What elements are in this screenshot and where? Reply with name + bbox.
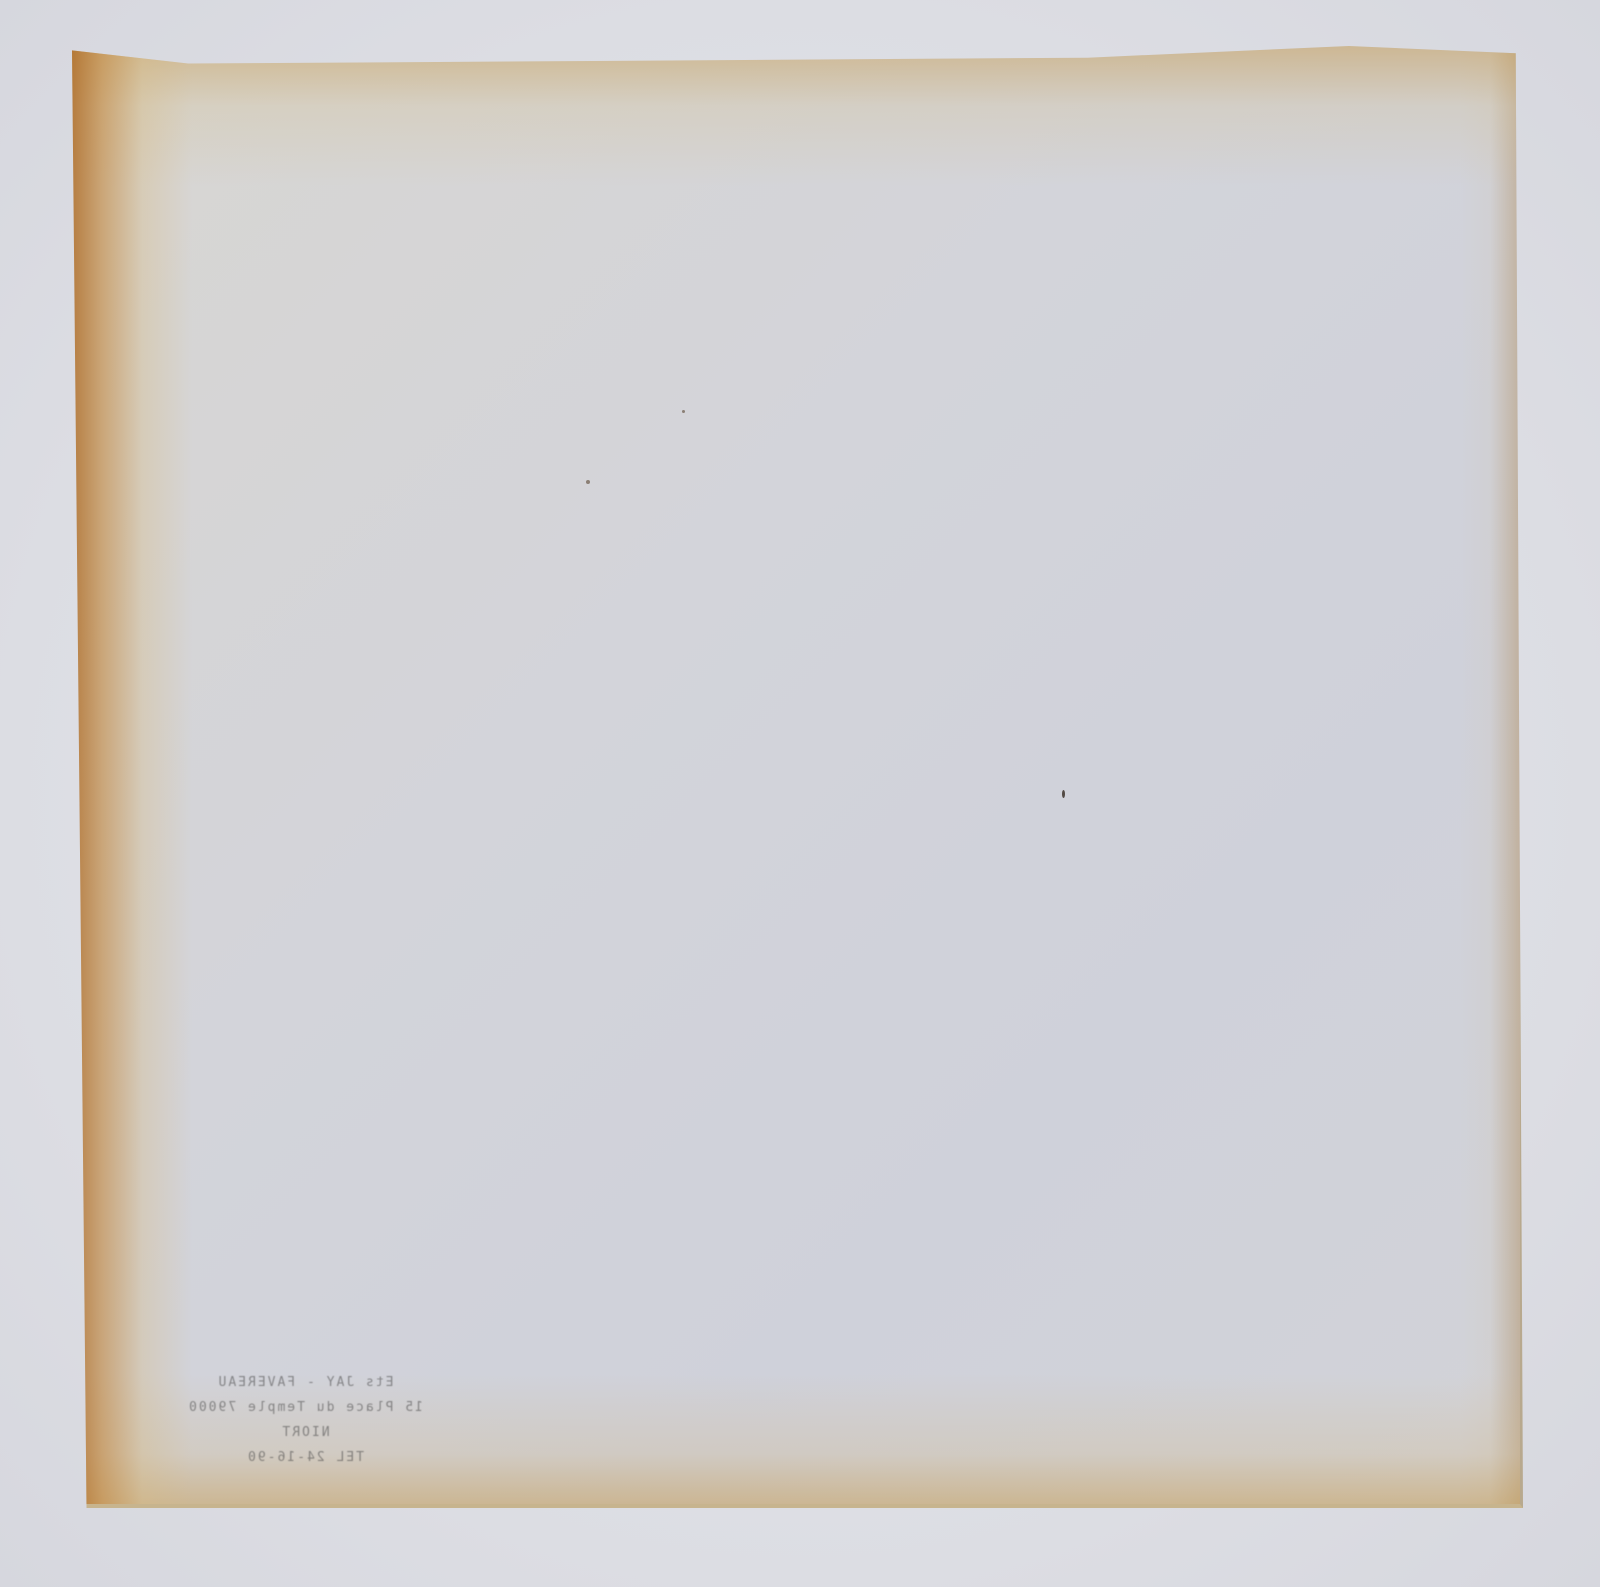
stain-speck (1062, 790, 1065, 798)
imprint-company: Ets JAY - FAVEREAU (160, 1370, 450, 1395)
record-sleeve (72, 46, 1523, 1508)
stamped-address-imprint: Ets JAY - FAVEREAU 15 Place du Temple 79… (160, 1370, 450, 1470)
imprint-address: 15 Place du Temple 79000 NIORT (160, 1395, 450, 1445)
stain-speck (682, 410, 685, 413)
imprint-phone: TEL 24-16-90 (160, 1445, 450, 1470)
stain-speck (586, 480, 590, 484)
